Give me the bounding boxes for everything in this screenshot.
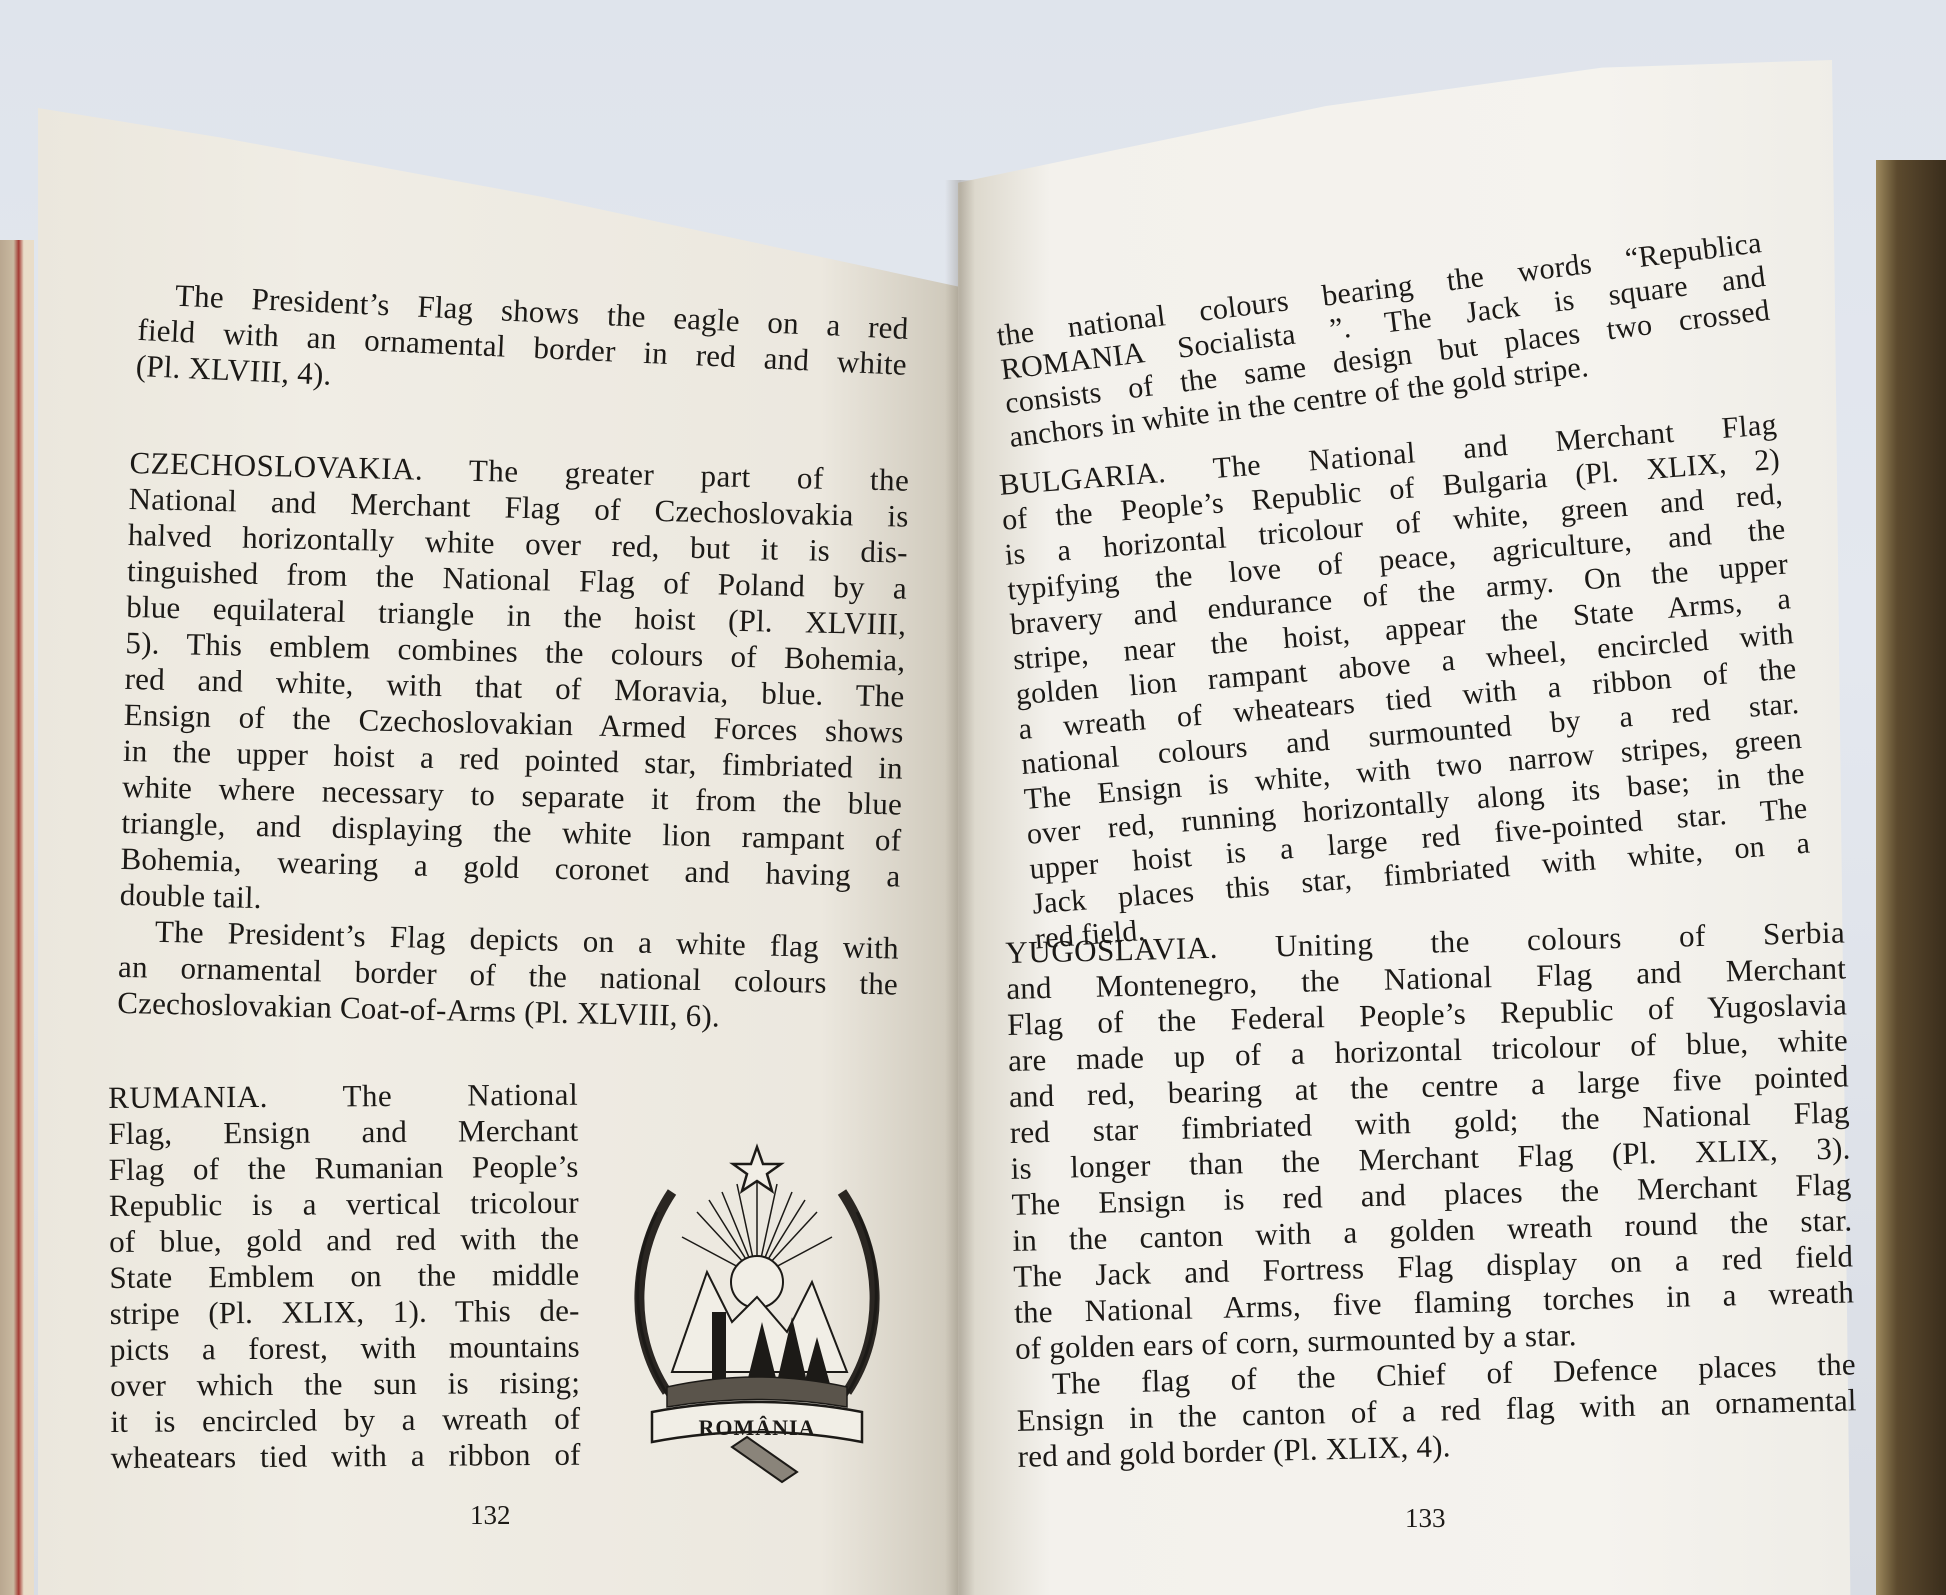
text-line: it is encircled by a wreath of xyxy=(110,1401,580,1440)
yugoslavia-section: YUGOSLAVIA. Uniting the colours of Serbi… xyxy=(1005,914,1858,1474)
text-line: picts a forest, with mountains xyxy=(110,1329,580,1368)
text-line: wheatears tied with a ribbon of xyxy=(111,1437,581,1476)
text-line: Republic is a vertical tricolour xyxy=(109,1185,579,1224)
book-cover-edge-right xyxy=(1876,160,1946,1595)
bulgaria-section: BULGARIA. The National and Merchant Flag… xyxy=(998,407,1814,957)
czechoslovakia-section: CZECHOSLOVAKIA. The greater part of the … xyxy=(117,445,910,1039)
text-line: Flag, Ensign and Merchant xyxy=(108,1113,578,1152)
text-line: of blue, gold and red with the xyxy=(109,1221,579,1260)
book-cover-edge-left xyxy=(0,240,34,1595)
text-line: Flag of the Rumanian People’s xyxy=(109,1149,579,1188)
rumanian-state-emblem-icon: ROMÂNIA xyxy=(612,1122,902,1492)
page-number-right: 133 xyxy=(1405,1503,1446,1534)
page-number-left: 132 xyxy=(470,1500,511,1531)
section-heading-line: RUMANIA. The National xyxy=(108,1077,578,1116)
text-line: stripe (Pl. XLIX, 1). This de- xyxy=(110,1293,580,1332)
rumania-section: RUMANIA. The National Flag, Ensign and M… xyxy=(108,1077,581,1476)
text-line: State Emblem on the middle xyxy=(109,1257,579,1296)
text-line: over which the sun is rising; xyxy=(110,1365,580,1404)
book-gutter xyxy=(945,180,975,1595)
emblem-ribbon-text: ROMÂNIA xyxy=(699,1415,816,1440)
